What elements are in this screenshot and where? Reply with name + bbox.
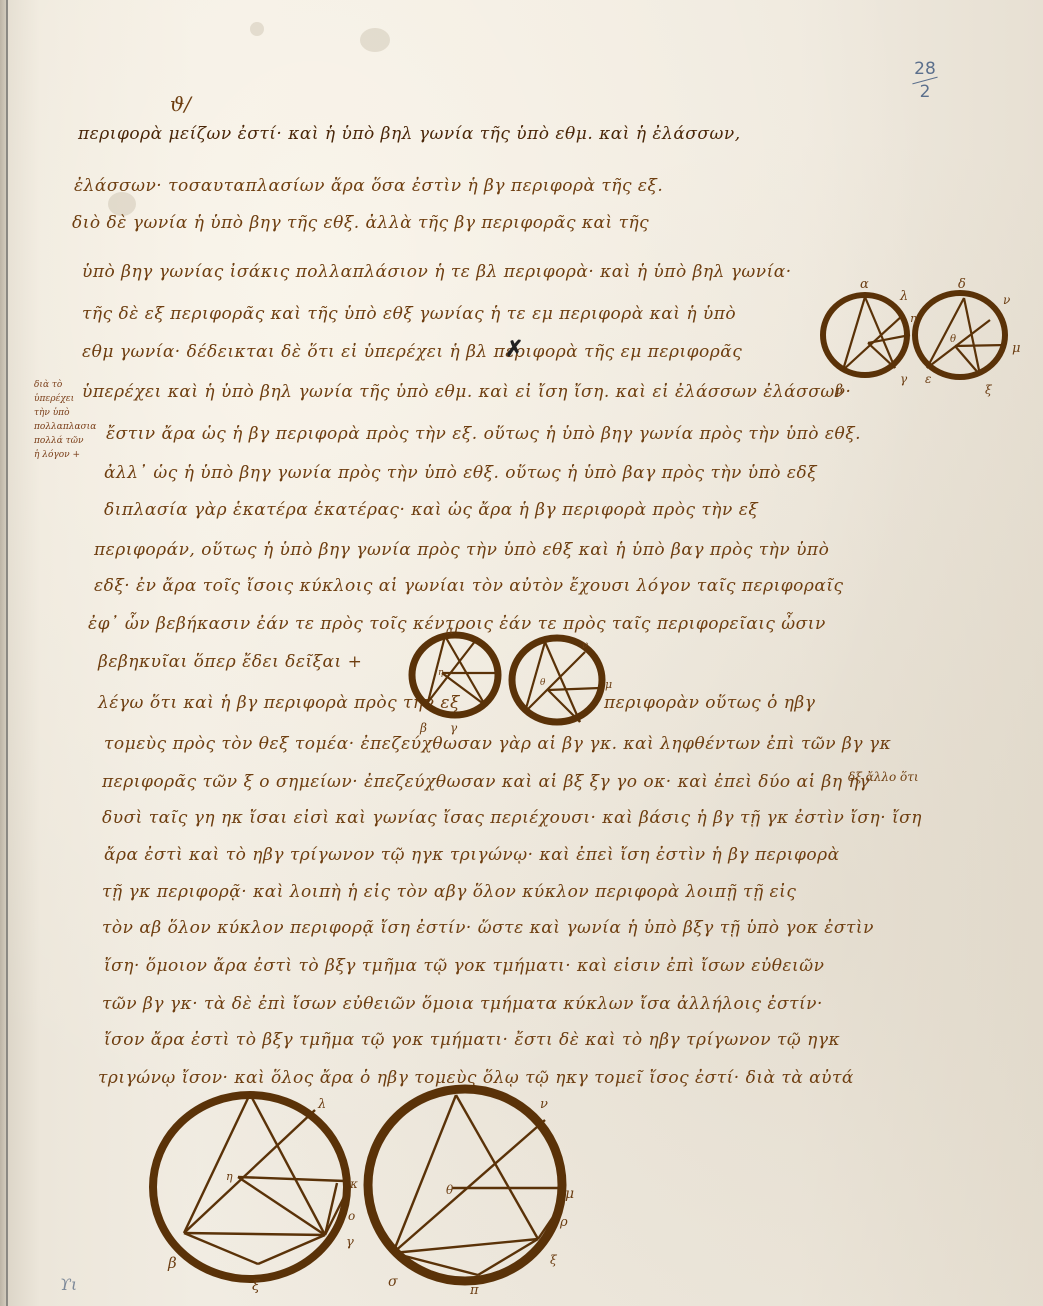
text-line-12: εδξ· ἐν ἄρα τοῖς ἴσοις κύκλοις αἱ γωνίαι… [94, 576, 844, 596]
text-line-23: τῶν βγ γκ· τὰ δὲ ἐπὶ ἴσων εὐθειῶν ὅμοια … [102, 994, 823, 1014]
svg-text:κ: κ [349, 1177, 358, 1191]
margin-note-line: τὴν ὑπὸ [34, 406, 96, 420]
svg-text:β: β [834, 382, 843, 398]
text-line-6: εθμ γωνία· δέδεικται δὲ ὅτι εἰ ὑπερέχει … [82, 342, 742, 362]
svg-text:λ: λ [899, 289, 908, 304]
text-line-4: ὑπὸ βηγ γωνίας ἰσάκις πολλαπλάσιον ἡ τε … [82, 262, 792, 282]
text-line-18: δυσὶ ταῖς γη ηκ ἴσαι εἰσὶ καὶ γωνίας ἴσα… [102, 808, 922, 828]
svg-text:μ: μ [1012, 341, 1020, 356]
text-line-1: περιφορὰ μείζων ἐστί· καὶ ἡ ὑπὸ βηλ γωνί… [78, 124, 741, 144]
manuscript-page: 28 2 ϑ/ περιφορὰ μείζων ἐστί· καὶ ἡ ὑπὸ … [0, 0, 1043, 1306]
text-line-17: περιφορᾶς τῶν ξ ο σημείων· ἐπεζεύχθωσαν … [102, 772, 870, 792]
margin-note-line: πολλαπλασια [34, 420, 96, 434]
svg-text:θ: θ [950, 334, 956, 345]
text-line-22: ἴση· ὅμοιον ἄρα ἐστὶ τὸ βξγ τμῆμα τῷ γοκ… [104, 956, 824, 976]
svg-text:ε: ε [925, 372, 931, 386]
svg-text:ξ: ξ [252, 1278, 261, 1294]
svg-text:η: η [226, 1170, 233, 1183]
folio-top: 28 [914, 59, 936, 79]
stain [250, 22, 264, 36]
text-line-2: ἐλάσσων· τοσαυταπλασίων ἄρα ὅσα ἐστὶν ἡ … [74, 176, 663, 196]
svg-text:ν: ν [1003, 293, 1010, 307]
svg-text:σ: σ [388, 1274, 398, 1290]
text-line-9: ἀλλ᾽ ὡς ἡ ὑπὸ βηγ γωνία πρὸς τὴν ὑπὸ εθξ… [104, 463, 817, 483]
svg-text:θ: θ [540, 678, 546, 688]
svg-text:γ: γ [450, 721, 458, 735]
svg-text:ν: ν [582, 640, 588, 651]
svg-text:μ: μ [605, 678, 612, 691]
text-line-5: τῆς δὲ εξ περιφορᾶς καὶ τῆς ὑπὸ εθξ γωνί… [82, 304, 736, 324]
svg-text:π: π [469, 1283, 479, 1298]
svg-text:ξ: ξ [550, 1253, 558, 1267]
folio-bottom: 2 [920, 82, 931, 102]
svg-text:ρ: ρ [559, 1215, 568, 1230]
margin-note-line: πολλά τῶν [34, 434, 96, 448]
right-margin-note: δξ ἄλλο ὅτι [848, 770, 919, 784]
text-line-20: τῇ γκ περιφορᾷ· καὶ λοιπὴ ἡ εἰς τὸν αβγ … [102, 882, 796, 902]
margin-note-line: ἡ λόγον + [34, 448, 96, 462]
svg-text:γ: γ [346, 1235, 354, 1250]
text-line-15b: περιφορὰν οὕτως ὁ ηβγ [604, 693, 815, 713]
svg-text:λ: λ [317, 1097, 326, 1112]
pencil-mark: ϒι [60, 1275, 77, 1294]
svg-text:ν: ν [540, 1097, 548, 1112]
svg-text:η: η [910, 312, 917, 325]
folio-number: 28 2 [912, 60, 938, 101]
heading-mark: ϑ/ [170, 92, 191, 116]
text-line-3: διὸ δὲ γωνία ἡ ὑπὸ βηγ τῆς εθξ. ἀλλὰ τῆς… [72, 213, 649, 233]
text-line-11: περιφοράν, οὕτως ἡ ὑπὸ βηγ γωνία πρὸς τὴ… [94, 540, 829, 560]
svg-text:δ: δ [958, 277, 966, 292]
svg-text:μ: μ [565, 1186, 574, 1202]
svg-text:η: η [438, 668, 444, 678]
diagram-bottom: λ η κ ο γ β ξ ν θ μ ρ ξ σ π [140, 1080, 600, 1300]
text-line-24: ἴσον ἄρα ἐστὶ τὸ βξγ τμῆμα τῷ γοκ τμήματ… [104, 1030, 840, 1050]
margin-note-line: ὑπερέχει [34, 392, 96, 406]
svg-text:ο: ο [348, 1209, 355, 1223]
text-line-21: τὸν αβ ὅλον κύκλον περιφορᾷ ἴση ἐστίν· ὥ… [102, 918, 874, 938]
stain [360, 28, 390, 52]
svg-text:γ: γ [900, 372, 908, 386]
diagram-middle: α η θ ν μ β γ [400, 630, 620, 740]
svg-text:β: β [167, 1254, 177, 1272]
left-margin-note: διὰ τὸ ὑπερέχει τὴν ὑπὸ πολλαπλασια πολλ… [34, 378, 96, 462]
svg-text:ξ: ξ [985, 383, 993, 397]
svg-text:β: β [419, 721, 427, 735]
text-line-19: ἄρα ἐστὶ καὶ τὸ ηβγ τρίγωνον τῷ ηγκ τριγ… [104, 845, 840, 865]
gutter-edge-line [6, 0, 8, 1306]
inline-cross-marker: ✗ [505, 336, 523, 362]
margin-note-line: διὰ τὸ [34, 378, 96, 392]
svg-text:θ: θ [446, 1183, 454, 1197]
text-line-8: ἔστιν ἄρα ὡς ἡ βγ περιφορὰ πρὸς τὴν εξ. … [106, 424, 861, 444]
text-line-7: ὑπερέχει καὶ ἡ ὑπὸ βηλ γωνία τῆς ὑπὸ εθμ… [82, 382, 851, 402]
label-alpha: α [860, 277, 869, 292]
svg-text:α: α [446, 624, 454, 637]
text-line-14: βεβηκυῖαι ὅπερ ἔδει δεῖξαι + [98, 652, 362, 672]
text-line-10: διπλασία γὰρ ἑκατέρα ἑκατέρας· καὶ ὡς ἄρ… [104, 500, 758, 520]
diagram-top-right: α λ η β γ δ ν θ μ ε ξ [810, 270, 1040, 410]
